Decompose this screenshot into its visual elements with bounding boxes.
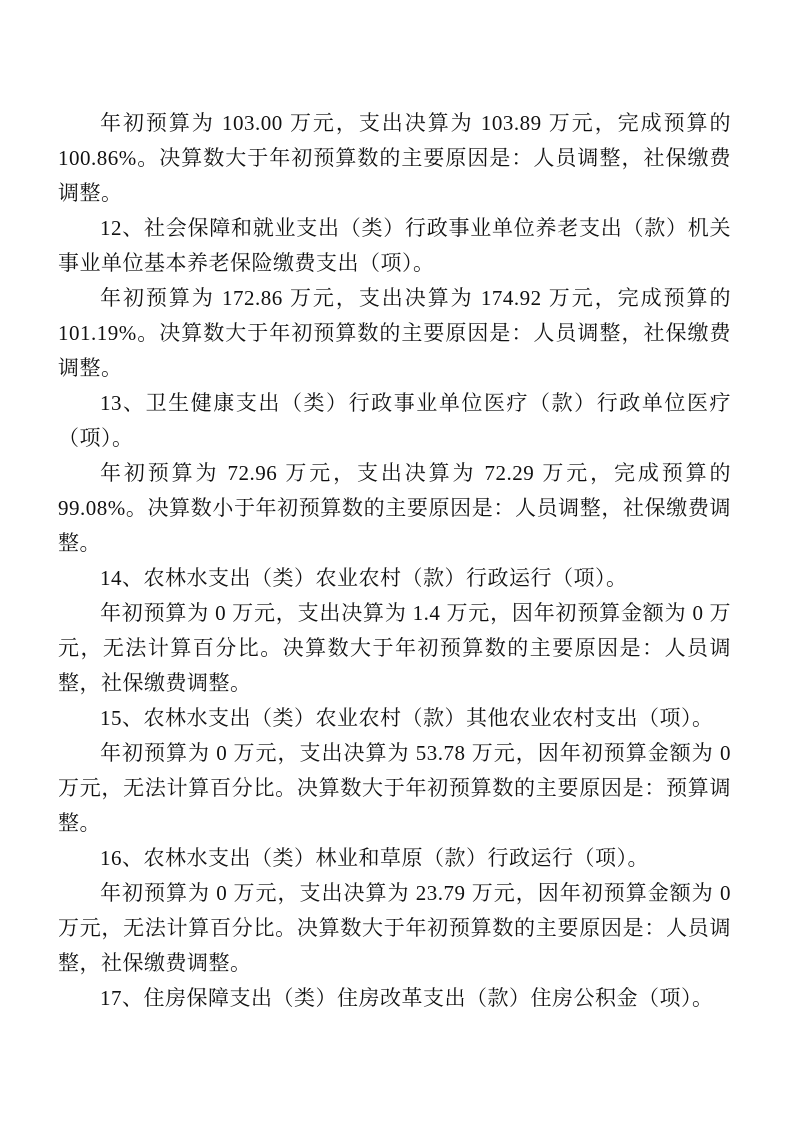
document-body: 年初预算为 103.00 万元，支出决算为 103.89 万元，完成预算的 10…	[58, 106, 731, 1016]
paragraph-item-15-heading: 15、农林水支出（类）农业农村（款）其他农业农村支出（项）。	[58, 701, 731, 736]
document-page: 年初预算为 103.00 万元，支出决算为 103.89 万元，完成预算的 10…	[0, 0, 793, 1122]
paragraph-item-16-detail: 年初预算为 0 万元，支出决算为 23.79 万元，因年初预算金额为 0 万元，…	[58, 876, 731, 981]
paragraph-item-14-heading: 14、农林水支出（类）农业农村（款）行政运行（项）。	[58, 561, 731, 596]
paragraph-item-14-detail: 年初预算为 0 万元，支出决算为 1.4 万元，因年初预算金额为 0 万元，无法…	[58, 596, 731, 701]
paragraph-item-17-heading: 17、住房保障支出（类）住房改革支出（款）住房公积金（项）。	[58, 981, 731, 1016]
paragraph-item-13-detail: 年初预算为 72.96 万元，支出决算为 72.29 万元，完成预算的 99.0…	[58, 456, 731, 561]
paragraph-item-12-detail: 年初预算为 172.86 万元，支出决算为 174.92 万元，完成预算的 10…	[58, 281, 731, 386]
paragraph-item-16-heading: 16、农林水支出（类）林业和草原（款）行政运行（项）。	[58, 841, 731, 876]
paragraph-item-15-detail: 年初预算为 0 万元，支出决算为 53.78 万元，因年初预算金额为 0 万元，…	[58, 736, 731, 841]
paragraph-budget-detail-11: 年初预算为 103.00 万元，支出决算为 103.89 万元，完成预算的 10…	[58, 106, 731, 211]
paragraph-item-12-heading: 12、社会保障和就业支出（类）行政事业单位养老支出（款）机关事业单位基本养老保险…	[58, 211, 731, 281]
paragraph-item-13-heading: 13、卫生健康支出（类）行政事业单位医疗（款）行政单位医疗（项）。	[58, 386, 731, 456]
